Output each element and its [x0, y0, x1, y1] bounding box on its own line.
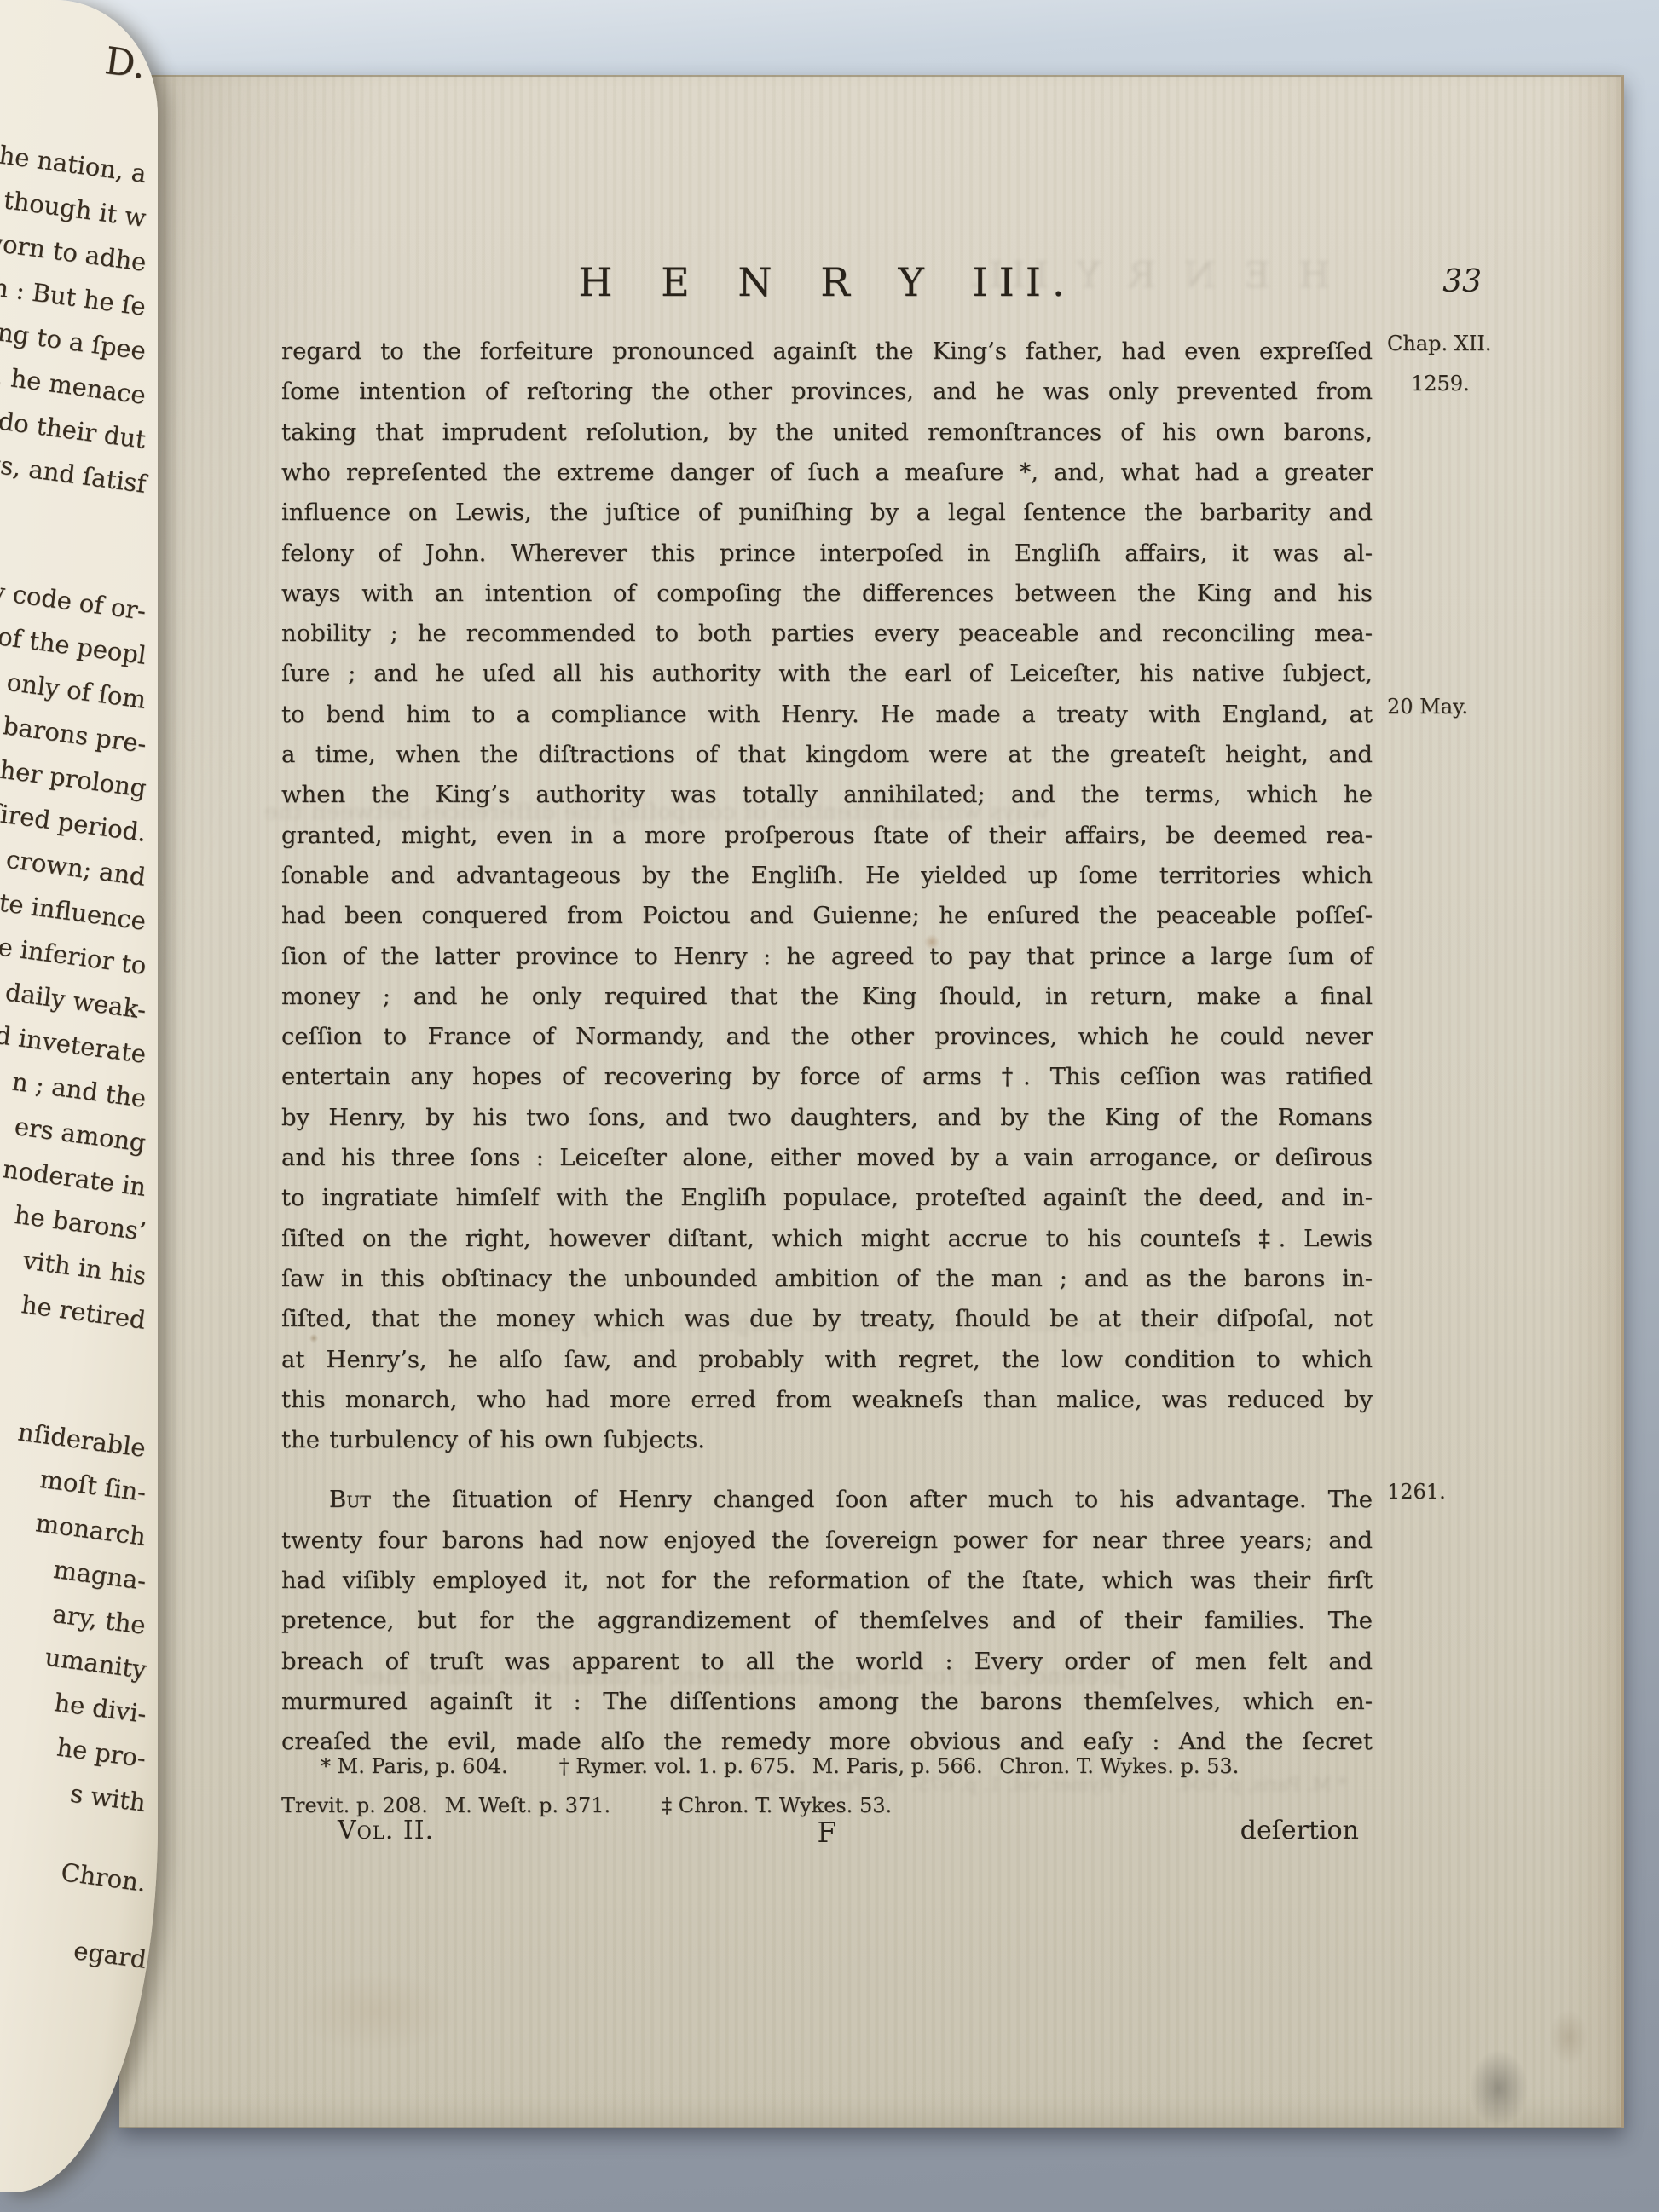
body-line: ſiſted on the right, however diſtant, wh… [281, 1219, 1373, 1259]
body-line: and his three ſons : Leiceſter alone, ei… [281, 1138, 1373, 1178]
facing-page-text-fragment: monarch [34, 1508, 147, 1551]
facing-page-text-fragment: rther prolong [0, 752, 147, 803]
body-line: ſome intention of reſtoring the other pr… [281, 372, 1373, 412]
facing-page-text-fragment: he retired [20, 1290, 147, 1335]
facing-page-text-fragment: o do their dut [0, 403, 147, 454]
facing-page-text-fragment: magna- [52, 1555, 148, 1596]
body-line: a time, when the diſtractions of that ki… [281, 735, 1373, 775]
body-line: the turbulency of his own ſubjects. [281, 1420, 1373, 1460]
facing-page-text-fragment: vith in his [21, 1245, 147, 1291]
body-line: granted, might, even in a more proſperou… [281, 816, 1373, 856]
facing-page-text-fragment: D. [102, 39, 148, 88]
facing-page-text-fragment: nſiderable [16, 1417, 147, 1462]
body-line: ſiſted, that the money which was due by … [281, 1299, 1373, 1339]
footnote-line-1: * M. Paris, p. 604. † Rymer. vol. 1. p. … [281, 1749, 1412, 1783]
facing-page-text-fragment: egard [72, 1936, 147, 1974]
page-number: 33 [1442, 264, 1482, 299]
body-line: ceſſion to France of Normandy, and the o… [281, 1017, 1373, 1057]
body-line: murmured againſt it : The diſſentions am… [281, 1682, 1373, 1722]
book-page: H E N R Y III. 33 regard to the forfeitu… [119, 75, 1624, 2128]
body-line: this monarch, who had more erred from we… [281, 1380, 1373, 1420]
facing-page-text-fragment: he barons pre- [0, 706, 147, 759]
body-line: pretence, but for the aggrandizement of … [281, 1601, 1373, 1641]
facing-page-text-fragment: n ; and the [10, 1067, 147, 1113]
body-line: entertain any hopes of recovering by for… [281, 1057, 1373, 1097]
body-line: had been conquered from Poictou and Guie… [281, 896, 1373, 936]
body-line: had viſibly employed it, not for the ref… [281, 1561, 1373, 1601]
facing-page-text-fragment: noderate in [1, 1154, 147, 1202]
facing-page-text-fragment: he divi- [52, 1688, 147, 1729]
facing-page-text-fragment: ers among [13, 1112, 147, 1158]
facing-page-edge: D.f the nation, aat though it wl ſworn t… [0, 0, 158, 2192]
facing-page-text-fragment: d only of ſom [0, 664, 147, 714]
facing-page-text-fragment: d inveterate [0, 1020, 147, 1069]
catchword: deſertion [1240, 1816, 1359, 1845]
margin-note: Chap. XII. [1387, 326, 1491, 361]
body-line: by Henry, by his two ſons, and two daugh… [281, 1098, 1373, 1138]
facing-page-text-fragment: at though it w [0, 181, 147, 233]
facing-page-text-fragment: crown; and [5, 845, 148, 892]
facing-page-text-fragment: of the peopl [0, 621, 147, 670]
facing-page-text-fragment: ſts, and ſatisf [0, 448, 147, 499]
body-line: ſion of the latter province to Henry : h… [281, 937, 1373, 977]
body-line: But the ſituation of Henry changed ſoon … [281, 1480, 1373, 1520]
body-line: ſaw in this obſtinacy the unbounded ambi… [281, 1259, 1373, 1299]
page-title: H E N R Y III. [281, 259, 1373, 305]
facing-page-text-fragment: moſt ſin- [38, 1464, 147, 1507]
facing-page-text-fragment: ath : But he ſe [0, 269, 147, 321]
facing-page-text-fragment: vate influence [0, 884, 147, 936]
margin-note: 1259. [1411, 367, 1470, 401]
facing-page-text-fragment: l ſworn to adhe [0, 223, 147, 277]
paragraph-initial-word: But [329, 1486, 371, 1513]
signature-line: Vol. II. F deſertion [281, 1816, 1373, 1858]
book-photograph: H E N R Y III. 33 regard to the forfeitu… [0, 0, 1659, 2212]
facing-page-text-fragment: leſired period. [0, 795, 147, 847]
body-line: nobility ; he recommended to both partie… [281, 614, 1373, 654]
facing-page-text-fragment: umanity [43, 1643, 147, 1684]
facing-page-text-fragment: daily weak- [3, 977, 147, 1024]
signature-mark: F [281, 1816, 1373, 1849]
body-line: ſure ; and he uſed all his authority wit… [281, 654, 1373, 694]
facing-page-text-fragment: ife, he menace [0, 357, 147, 410]
body-line: ways with an intention of compoſing the … [281, 574, 1373, 614]
facing-page-text-fragment: he pro- [55, 1732, 147, 1772]
body-line: taking that imprudent reſolution, by the… [281, 413, 1373, 453]
body-line: twenty four barons had now enjoyed the ſ… [281, 1521, 1373, 1561]
body-line: regard to the forfeiture pronounced agai… [281, 332, 1373, 372]
body-line: when the King’s authority was totally an… [281, 775, 1373, 815]
facing-page-text-fragment: ve inferior to [0, 930, 147, 980]
body-line: ſonable and advantageous by the Engliſh.… [281, 856, 1373, 896]
facing-page-text-fragment: Chron. [60, 1857, 148, 1897]
facing-page-text-fragment: he barons’ [13, 1200, 147, 1246]
body-line: influence on Lewis, the juſtice of puniſ… [281, 493, 1373, 533]
body-line: to ingratiate himſelf with the Engliſh p… [281, 1178, 1373, 1218]
margin-note: 1261. [1387, 1475, 1446, 1509]
facing-page-text-fragment: f the nation, a [0, 136, 147, 188]
running-header: H E N R Y III. 33 [281, 259, 1373, 310]
facing-page-text-fragment: s with [69, 1779, 147, 1817]
facing-page-text-fragment: king to a ſpee [0, 315, 147, 366]
body-line: money ; and he only required that the Ki… [281, 977, 1373, 1017]
facing-page-text-fragment: ary, the [51, 1599, 147, 1640]
body-line: who repreſented the extreme danger of ſu… [281, 453, 1373, 493]
facing-page-text-fragment: new code of or- [0, 572, 147, 626]
body-line: breach of truſt was apparent to all the … [281, 1642, 1373, 1682]
margin-note: 20 May. [1387, 690, 1468, 724]
body-line: to bend him to a compliance with Henry. … [281, 695, 1373, 735]
body-line: felony of John. Wherever this prince int… [281, 534, 1373, 574]
body-line: at Henry’s, he alſo ſaw, and probably wi… [281, 1340, 1373, 1380]
